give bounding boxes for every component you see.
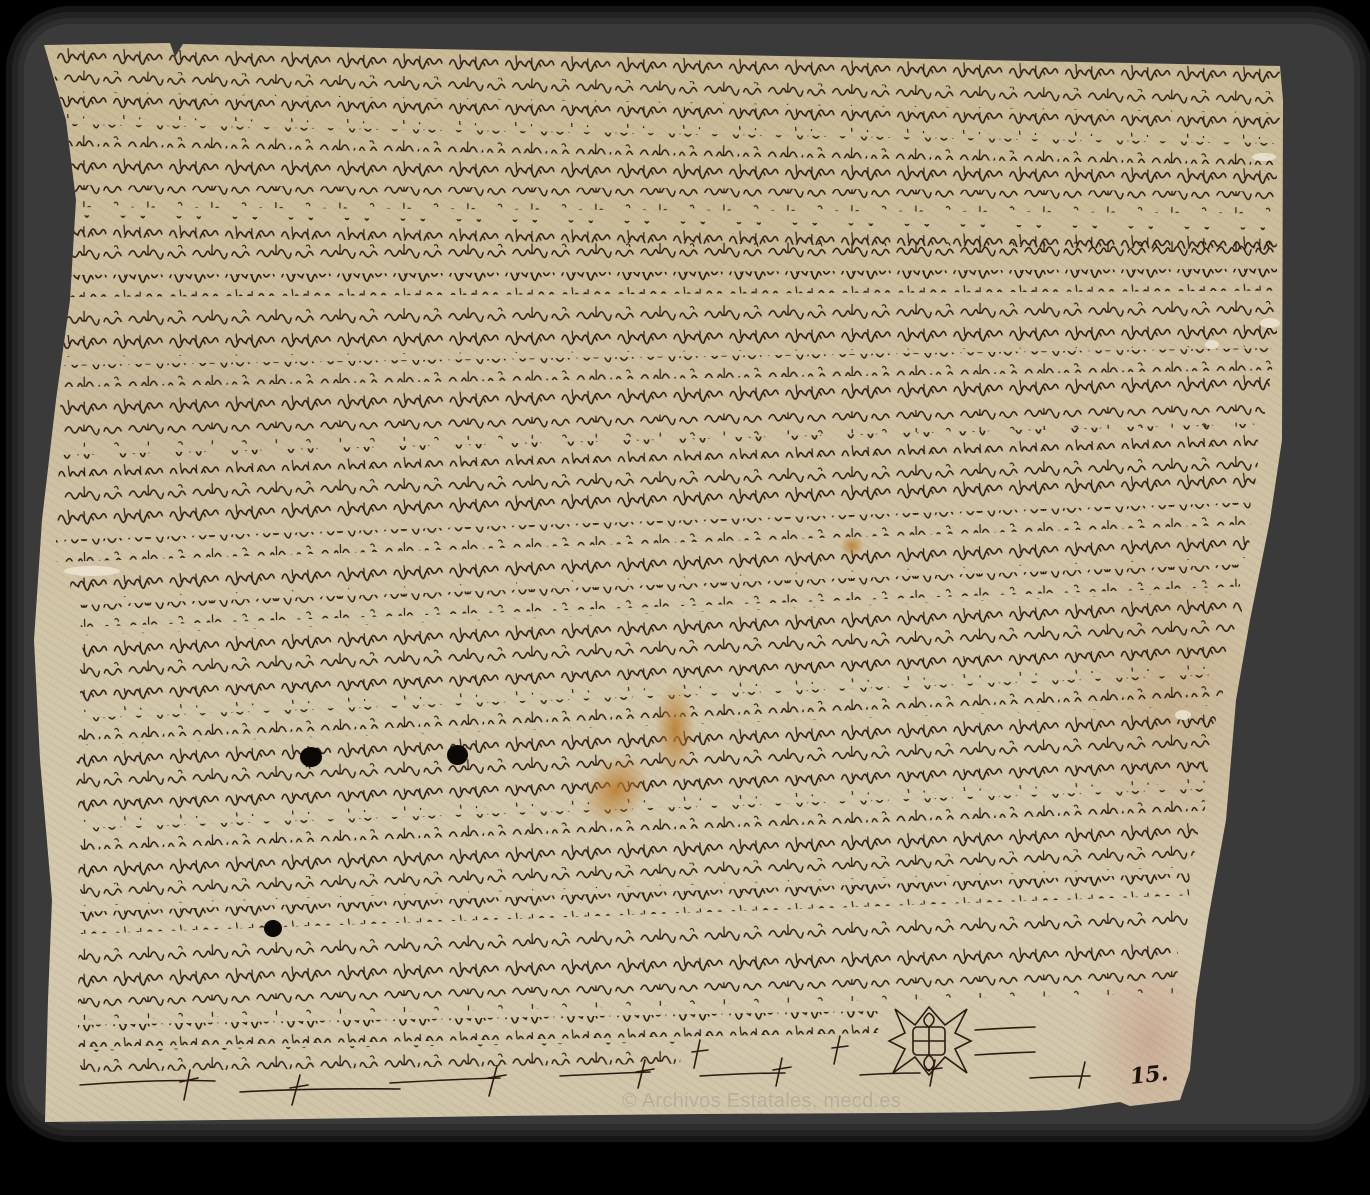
text-line-rows [55, 45, 1280, 1072]
parchment-hole [264, 920, 282, 937]
parchment-stain [655, 680, 695, 780]
parchment-tear [1175, 710, 1191, 720]
parchment-hole [300, 747, 322, 767]
parchment-tear [1260, 318, 1280, 328]
copyright-watermark: © Archivos Estatales, mecd.es [622, 1090, 901, 1113]
notary-sign-icon [885, 1003, 975, 1077]
handwritten-text-lines [0, 0, 1370, 1195]
parchment-tear [64, 566, 120, 576]
parchment-tear [1205, 340, 1219, 349]
parchment-tear [1252, 153, 1276, 161]
parchment-stain [840, 535, 864, 557]
folio-number: 15. [1129, 1060, 1170, 1090]
parchment-hole [447, 745, 468, 765]
parchment-sheet: 15. © Archivos Estatales, mecd.es Era de… [0, 0, 1370, 1195]
